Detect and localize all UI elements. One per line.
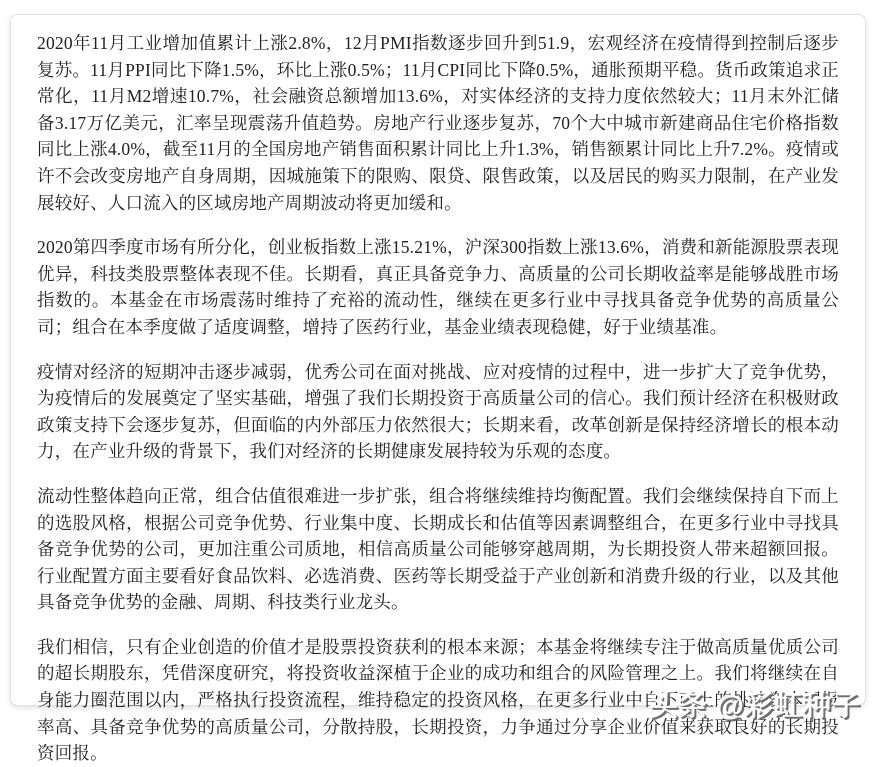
- report-paragraph-macro-economy: 2020年11月工业增加值累计上涨2.8%，12月PMI指数逐步回升到51.9，…: [37, 30, 839, 216]
- report-paragraph-portfolio-allocation: 流动性整体趋向正常，组合估值很难进一步扩张，组合将继续维持均衡配置。我们会继续保…: [37, 483, 839, 616]
- toutiao-watermark: 头条 @彩虹种子: [650, 684, 861, 724]
- report-paragraph-pandemic-impact: 疫情对经济的短期冲击逐步减弱，优秀公司在面对挑战、应对疫情的过程中，进一步扩大了…: [37, 359, 839, 465]
- fund-report-card: 2020年11月工业增加值累计上涨2.8%，12月PMI指数逐步回升到51.9，…: [10, 14, 866, 706]
- report-paragraph-q4-market: 2020第四季度市场有所分化，创业板指数上涨15.21%，沪深300指数上涨13…: [37, 234, 839, 340]
